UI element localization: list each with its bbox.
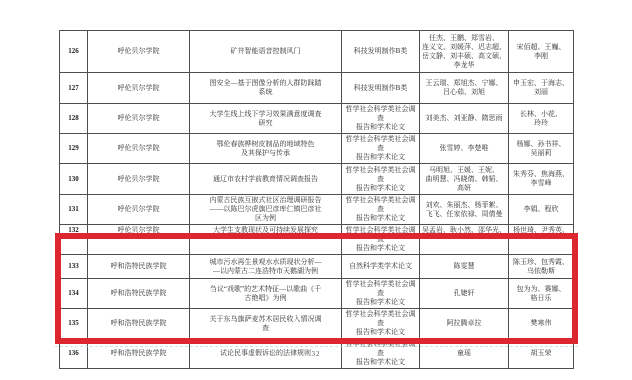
cell-project-title: 鄂伦春族桦树皮制品的地域特色 及其保护与传承 — [190, 134, 342, 164]
cell-members: 张雪婷、李楚唯 — [420, 134, 509, 164]
table-row: 126 呼伦贝尔学院 矿井智能语音控制风门 科技发明制作B类 任杰、王鹏、郑雪岩… — [60, 31, 574, 73]
cell-members: 刘欢、朱丽杰、杨菲絮、 飞飞、任家依禄、周倩曼 — [420, 195, 509, 225]
cell-institution: 呼伦贝尔学院 — [88, 134, 190, 164]
table-row: 129 呼伦贝尔学院 鄂伦春族桦树皮制品的地域特色 及其保护与传承 哲学社会科学… — [60, 134, 574, 164]
cell-members: 王云瑞、郑旭杰、宁娜、 吕心茹、刘旭 — [420, 73, 509, 104]
cell-row-number: 130 — [60, 164, 88, 195]
cell-advisors: 李娟、程欣 — [509, 195, 574, 225]
cell-advisors: 杨娜、孙书祥、 吴丽莉 — [509, 134, 574, 164]
cell-advisors: 长林、小花、 玲玲 — [509, 104, 574, 134]
cell-institution: 呼伦贝尔学院 — [88, 31, 190, 73]
cell-category: 科技发明制作B类 — [342, 73, 420, 104]
cell-institution: 呼伦贝尔学院 — [88, 195, 190, 225]
cell-project-title: 大学生线上线下学习效果满意度调查 研究 — [190, 104, 342, 134]
cell-project-title: 内蒙古民族互嵌式社区治理调研报告 ——以陈巴尔虎旗巴彦库仁镇巴彦社 区为例 — [190, 195, 342, 225]
table-row: 127 呼伦贝尔学院 图安全—基于图像分析的人群防踩踏 系统 科技发明制作B类 … — [60, 73, 574, 104]
cell-category: 哲学社会科学类社会调查 报告和学术论文 — [342, 164, 420, 195]
cell-advisors: 朱秀芬、焦海燕、 李雪峰 — [509, 164, 574, 195]
cell-category: 哲学社会科学类社会调查 报告和学术论文 — [342, 104, 420, 134]
table-row: 131 呼伦贝尔学院 内蒙古民族互嵌式社区治理调研报告 ——以陈巴尔虎旗巴彦库仁… — [60, 195, 574, 225]
cell-category: 哲学社会科学类社会调查 报告和学术论文 — [342, 134, 420, 164]
cell-advisors: 宋佰超、王巍、 李刚 — [509, 31, 574, 73]
cell-members: 马明旭、王媛、王妮、 曲明慧、冯晓倩、韩韬、 高妍 — [420, 164, 509, 195]
cell-row-number: 128 — [60, 104, 88, 134]
section-divider-line — [55, 346, 578, 347]
cell-advisors: 申玉宏、于海志、 刘丽 — [509, 73, 574, 104]
table-row: 130 呼伦贝尔学院 通辽市农村学前教育情况调查报告 哲学社会科学类社会调查 报… — [60, 164, 574, 195]
cell-category: 哲学社会科学类社会调查 报告和学术论文 — [342, 195, 420, 225]
document-page: 126 呼伦贝尔学院 矿井智能语音控制风门 科技发明制作B类 任杰、王鹏、郑雪岩… — [0, 0, 632, 380]
cell-members: 刘美杰、刘亚静、隋思雨 — [420, 104, 509, 134]
cell-project-title: 图安全—基于图像分析的人群防踩踏 系统 — [190, 73, 342, 104]
cell-project-title: 通辽市农村学前教育情况调查报告 — [190, 164, 342, 195]
cell-row-number: 131 — [60, 195, 88, 225]
cell-members: 任杰、王鹏、郑雪岩、 连义文、刘媛萍、迟志超、 岳文静、刘丰硕、高文硕、 李龙华 — [420, 31, 509, 73]
cell-row-number: 126 — [60, 31, 88, 73]
page-number: 32 — [0, 350, 632, 358]
cell-category: 科技发明制作B类 — [342, 31, 420, 73]
cell-row-number: 129 — [60, 134, 88, 164]
cell-institution: 呼伦贝尔学院 — [88, 164, 190, 195]
cell-institution: 呼伦贝尔学院 — [88, 73, 190, 104]
cell-institution: 呼伦贝尔学院 — [88, 104, 190, 134]
table-row: 128 呼伦贝尔学院 大学生线上线下学习效果满意度调查 研究 哲学社会科学类社会… — [60, 104, 574, 134]
highlight-box — [55, 233, 578, 344]
cell-project-title: 矿井智能语音控制风门 — [190, 31, 342, 73]
cell-row-number: 127 — [60, 73, 88, 104]
